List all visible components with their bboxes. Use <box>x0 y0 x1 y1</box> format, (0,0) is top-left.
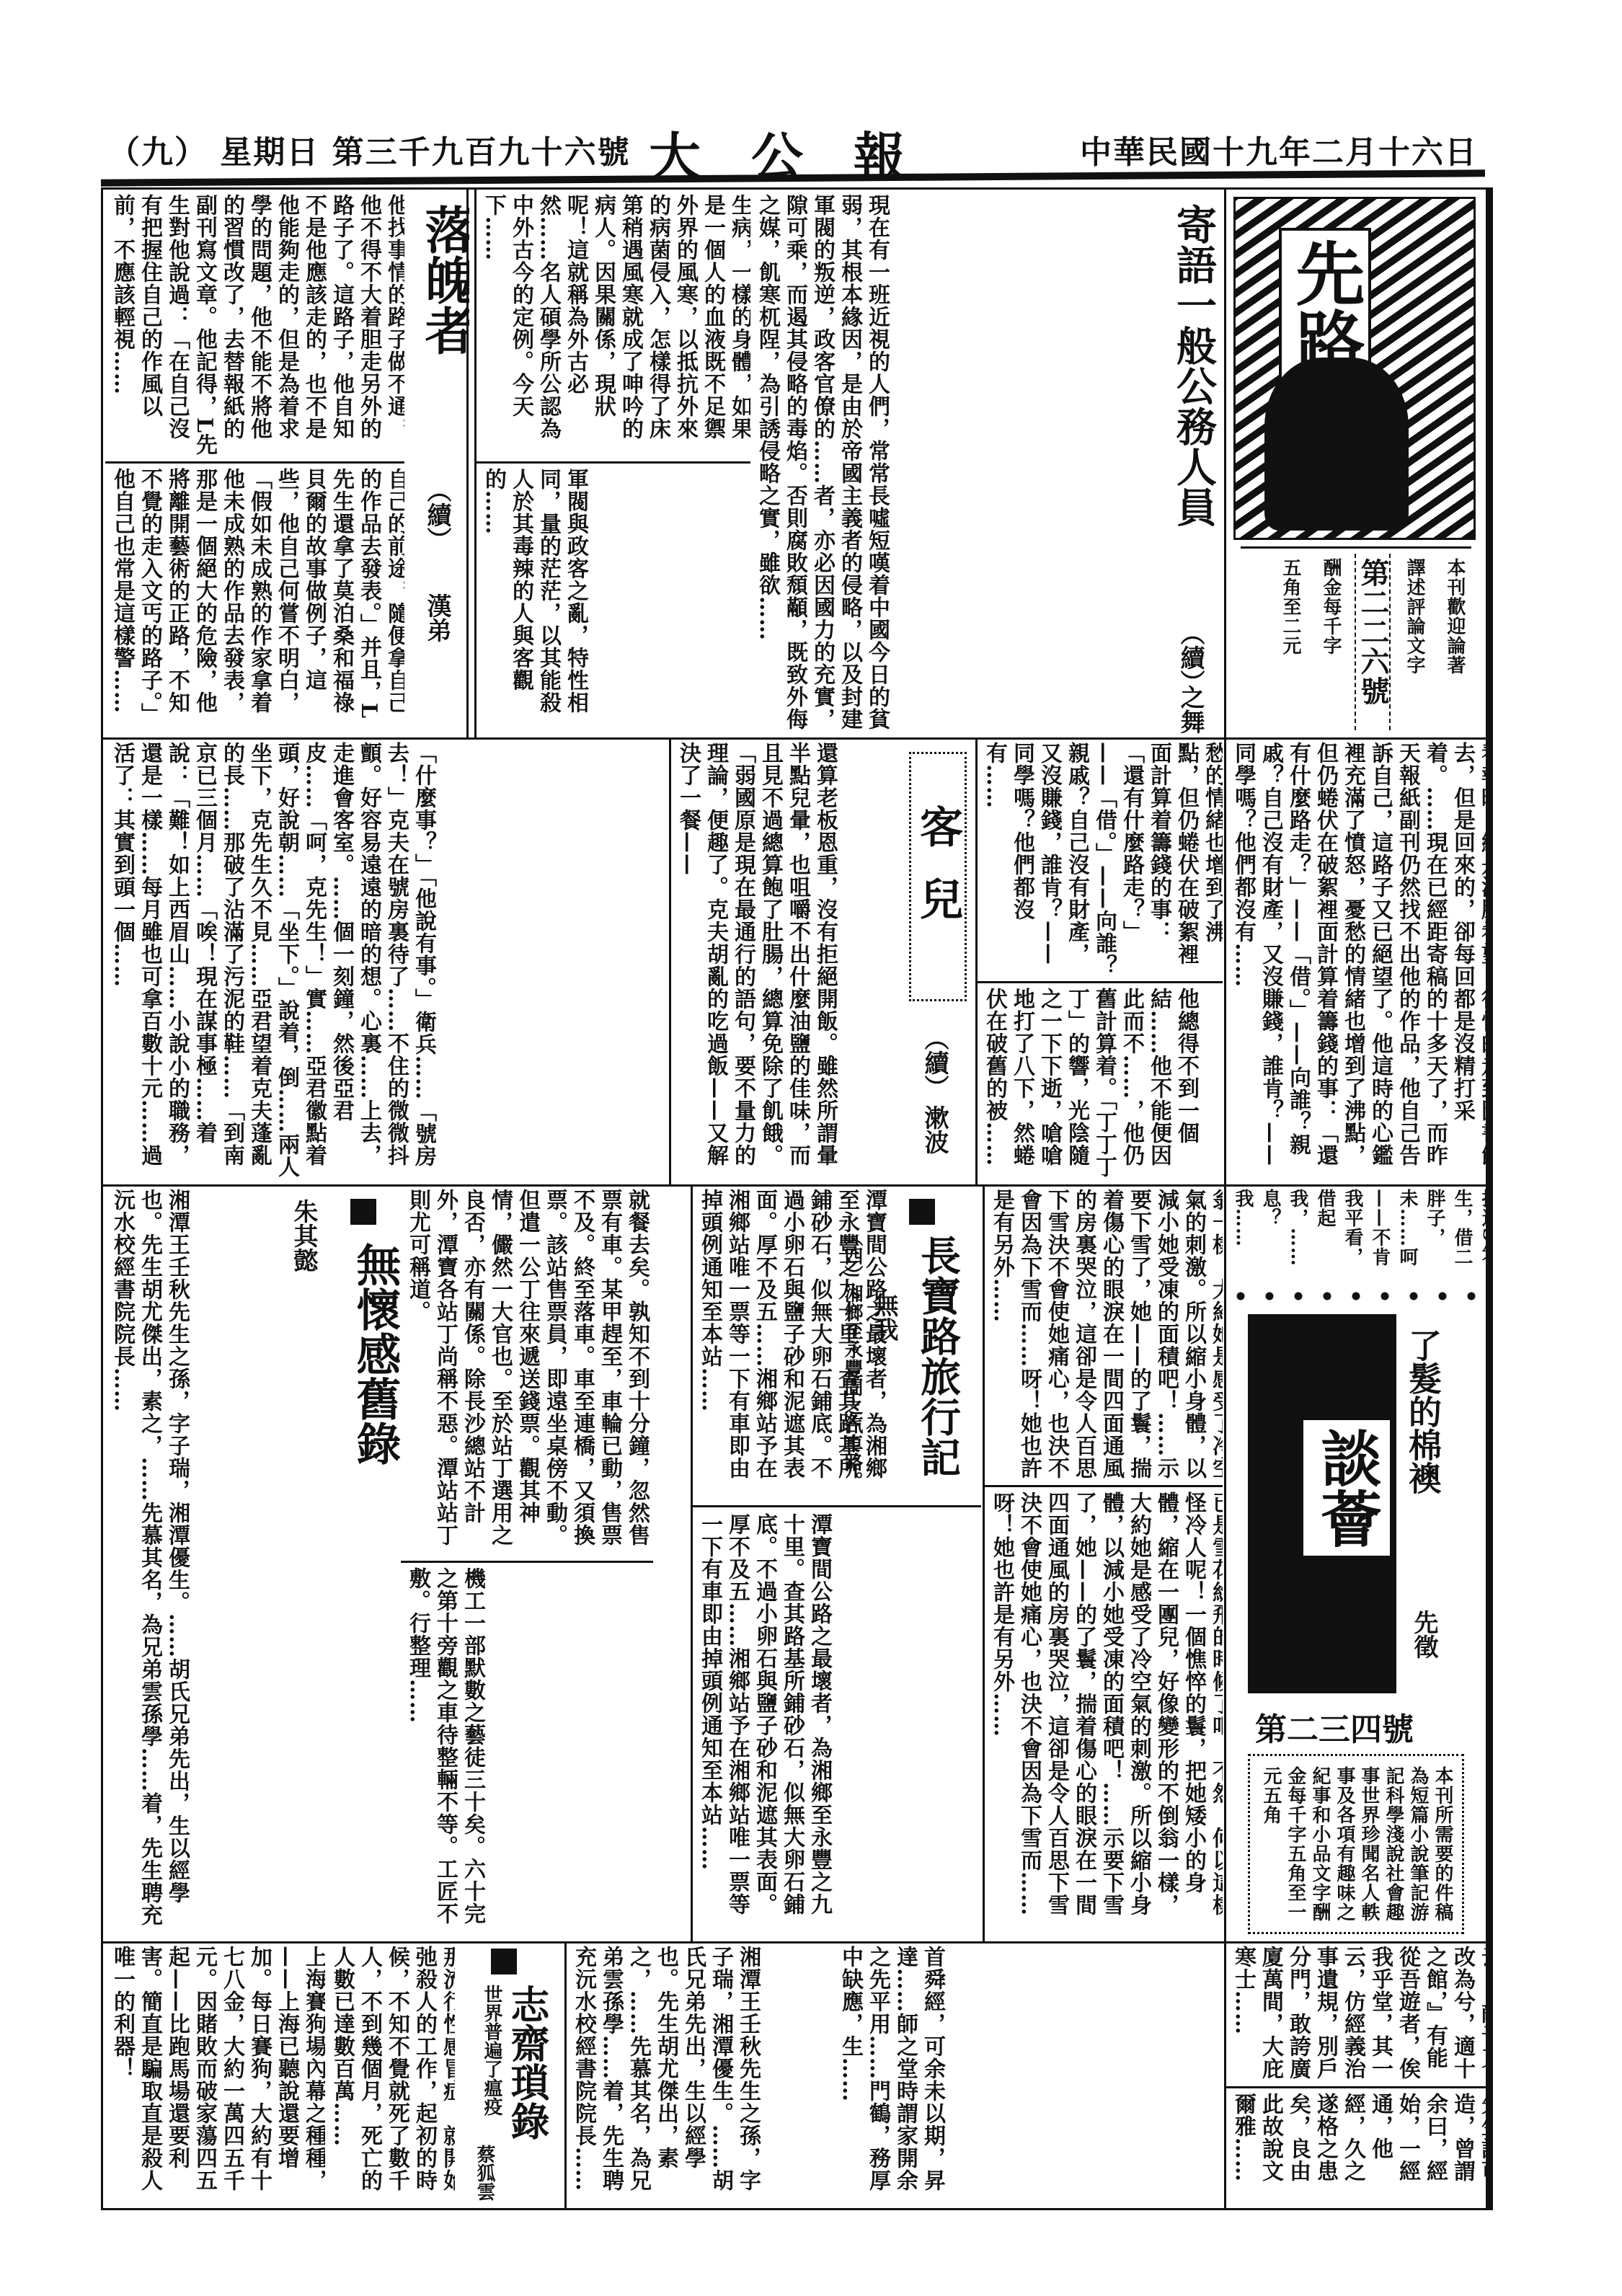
article-body-text: 生病，一樣的身體，如果是一個人的血液既不足禦外界的風寒，以抵抗外來的病菌侵入，怎… <box>477 190 750 464</box>
keer-start: 自從寄出了幾篇文章後，天天跑到圖書館的閱報室，看他不喜歡看的報紙；每天出門去看報… <box>1224 737 1486 1184</box>
divider <box>1224 1941 1226 2208</box>
luopozhe-title: 落魄者 <box>404 190 469 370</box>
tanhui-banner: 談薈 <box>1300 1417 1393 1559</box>
changbao-text: 潭寶間公路之最壞者，為湘鄉至永豐之九十里。查其路基所鋪砂石，似無大卵石鋪底。不過… <box>693 1184 890 1502</box>
wuhuai-body: 就餐去矣。孰知不到十分鐘，忽然售票有車。某甲趕至，車輪已動，售票不及。終至落車。… <box>401 1184 689 1941</box>
article-title: 寄語一般公務人員 <box>1158 190 1223 541</box>
zhizhai-headline: 志齋瑣錄 世界普遍了瘟疫 蔡狐雲 <box>455 1941 563 2208</box>
hu-text: 湘潭王壬秋先生之孫，字子瑞，湘潭優生。……胡氏兄弟先出，生以經學也。先生胡尤傑出… <box>567 1941 764 2208</box>
luopozhe-headline: 落魄者 （續） 漢弟 <box>404 190 469 737</box>
notice-text: 本刊所需要的件稿為短篇小說筆記游記科學淺說社會趣事世界珍聞名人軼事及各項有趣味之… <box>1256 1762 1458 1926</box>
story-text: 「什麼事？」「他說有事。」衛兵……「號房去！」克夫在號房裏待了……不住的微微抖顫… <box>105 737 440 1184</box>
notice-line: 酬金每千字 <box>1314 554 1347 730</box>
story-text: 已是雪花紛飛的時候了吧！不然，何以這樣怪冷人呢！一個憔悴的鬟，把她矮小的身體，縮… <box>985 1487 1223 1941</box>
hu-yuanyu-article: 朱其懿 湘潭王壬秋先生之孫，字子瑞，湘潭優生。……胡氏兄弟先出，生以經學也。先生… <box>105 1184 329 1941</box>
keer-text: 自從寄出了幾篇文章後，天天跑到圖書館的閱報室，看他不喜歡看的報紙；每天出門去看報… <box>1226 737 1486 1184</box>
notice-line: 本刊歡迎論著 <box>1438 554 1471 730</box>
page-frame: 先路 本刊歡迎論著 譯述評論文字 第二二六號 酬金每千字 五角至二元 寄語一般公… <box>101 187 1493 2210</box>
band-top: 先路 本刊歡迎論著 譯述評論文字 第二二六號 酬金每千字 五角至二元 寄語一般公… <box>103 190 1486 740</box>
issue-number: 第三千九百九十六號 <box>332 134 631 171</box>
horse-rider-figure <box>1264 358 1409 531</box>
wuhuai-text: 機工一部默數之藝徒三十矣。六十完之第十旁觀之車待整輛不等。工匠不敷。行整理…… <box>401 1563 489 1941</box>
zhizhai-body: 因為醫學對於人類之衛生，稍為有了一點貢獻，有些人竟說以後瘟疫，就不會再在世界各處… <box>325 1941 455 2208</box>
wuhuai-text: 就餐去矣。孰知不到十分鐘，忽然售票有車。某甲趕至，車輪已動，售票不及。終至落車。… <box>401 1184 653 1563</box>
square-marker-icon <box>909 1199 935 1225</box>
weekday: 星期日 <box>220 134 319 171</box>
story-text: 已是雪花紛飛的時候了吧！不然，何以這樣怪冷人呢！一個憔悴的鬟，把她矮小的身體，縮… <box>985 1184 1223 1487</box>
tanhui-masthead: 先生？Y先生？S先生！忽然接近S先生，借二胖子，未……呵——不肯我平看，借起我，… <box>1224 1184 1486 1941</box>
keer-body-left: 還算老板恩重，沒有拒絕開飯。雖然所謂暈半點兒暈，也咀嚼不出什麼油鹽的佳味，而且見… <box>671 737 902 1184</box>
xianlu-illustration: 先路 <box>1233 197 1476 540</box>
luopozhe-author: 漢弟 <box>420 593 455 642</box>
wuhuai-title: 無懷感舊錄 <box>329 1242 401 1466</box>
article-body-text: 現在有一班近視的人們，常常長噓短嘆着中國今日的貧弱，其根本緣因，是由於帝國主義者… <box>750 190 893 737</box>
hu-yuanyu-bottom: 首舜經，可余未以期，昇達……師之堂時謂家開余之先平用……門鶴，務厚中缺應，生…… <box>833 1941 1223 2208</box>
keer-cont: （續） <box>917 1026 952 1099</box>
luopozhe-body: 他找事情的路子做不通，他不得不大着胆走另外的路子了。這路子，他自知不是他應該走的… <box>105 190 404 737</box>
square-marker-icon <box>491 1949 517 1974</box>
divider <box>975 737 978 1184</box>
keer-headline: 客兒 （續） 漱波 <box>902 737 974 1184</box>
notice-line: 譯述評論文字 <box>1398 554 1431 730</box>
xianlu-masthead: 先路 本刊歡迎論著 譯述評論文字 第二二六號 酬金每千字 五角至二元 <box>1226 190 1486 737</box>
article-headline: 寄語一般公務人員 （續） 之舞 <box>1158 190 1223 737</box>
luopozhe-cont: （續） <box>420 478 455 551</box>
notice-line: 五角至二元 <box>1274 554 1307 730</box>
story-author: 先徵 <box>1406 1610 1442 1659</box>
page-header: （九） 星期日 第三千九百九十六號 大公報 中華民國十九年二月十六日 <box>101 108 1485 173</box>
divider <box>693 1505 981 1507</box>
keer-title-box: 客兒 <box>909 752 967 1001</box>
zhizhai-subtitle: 世界普遍了瘟疫 <box>479 1985 505 2116</box>
story-body: 已是雪花紛飛的時候了吧！不然，何以這樣怪冷人呢！一個憔悴的鬟，把她矮小的身體，縮… <box>985 1184 1223 1941</box>
issue-info: （九） 星期日 第三千九百九十六號 <box>108 126 631 172</box>
shanghai-text: 上海賽狗場內幕之種種，——上海已聽說還要增加。每日賽狗，大約有十七八金，大約一萬… <box>105 1941 325 2208</box>
bottom-right-text: 東西齋舍，隨亦修築告竣，渠渠夏屋，巍然大觀，先生少年科第，學問雖未深醇，叶囑亦頗… <box>1226 1941 1486 2088</box>
article-cont: （續） <box>1173 621 1208 694</box>
square-marker-icon <box>350 1199 376 1225</box>
article-author: 之舞 <box>1173 685 1208 734</box>
wuhuai-headline: 無懷感舊錄 <box>329 1184 401 1941</box>
divider <box>983 1184 985 1941</box>
changbao-article: 長寶路旅行記 無我 （四）湘鄉至永豐間之汽車路。 潭寶間公路之最壞者，為湘鄉至永… <box>693 1184 981 1941</box>
changbao-body-bottom: 潭寶間公路之最壞者，為湘鄉至永豐之九十里。查其路基所鋪砂石，似無大卵石鋪底。不過… <box>693 1509 981 1941</box>
article-body: 現在有一班近視的人們，常常長噓短嘆着中國今日的貧弱，其根本緣因，是由於帝國主義者… <box>750 190 1154 737</box>
divider <box>691 1184 693 1941</box>
tanhui-top-text: 先生？Y先生？S先生！忽然接近S先生，借二胖子，未……呵——不肯我平看，借起我，… <box>1226 1184 1486 1285</box>
zhizhai-title: 志齋瑣錄 <box>500 1985 556 2140</box>
keer-text: 自從寄出了幾篇文章後，天天跑到圖書館的閱報室，看他不喜歡看的報紙；每天出門去看報… <box>978 737 1223 983</box>
bottom-right-text: 先生博覽群，時余執贄門，先生謂可造，曾謂余曰，經始，一經通，他經，久之遂格之患矣… <box>1226 2088 1486 2209</box>
hu-yuanyu-bio: 湘潭王壬秋先生之孫，字子瑞，湘潭優生。……胡氏兄弟先出，生以經學也。先生胡尤傑出… <box>567 1941 833 2208</box>
zhizhai-text: 因為醫學對於人類之衛生，稍為有了一點貢獻，有些人竟說以後瘟疫，就不會再在世界各處… <box>325 1941 455 2208</box>
luopozhe-text: 自己的前途，隨便拿自己的作品去發表。」并且，L先生還拿了莫泊桑和福祿貝爾的故事做… <box>105 464 404 737</box>
tanhui-notice: 本刊所需要的件稿為短篇小說筆記游記科學淺說社會趣事世界珍聞名人軼事及各項有趣味之… <box>1248 1754 1464 1934</box>
luopozhe-text: 他找事情的路子做不通，他不得不大着胆走另外的路子了。這路子，他自知不是他應該走的… <box>105 190 404 464</box>
tanhui-illustration: 談薈 <box>1248 1314 1396 1693</box>
article-body-text: 軍閥與政客之亂，特性相同，量的茫茫，以其能殺人於其毒辣的人與客觀的…… <box>477 464 592 737</box>
shanghai-article: 上海賽狗場內幕之種種，——上海已聽說還要增加。每日賽狗，大約有十七八金，大約一萬… <box>105 1941 325 2208</box>
divider <box>669 737 671 1184</box>
keer-author: 漱波 <box>917 1105 952 1154</box>
wuhuai-author: 朱其懿 <box>286 1199 322 1272</box>
page-number: （九） <box>108 134 208 171</box>
band-middle-1: 自從寄出了幾篇文章後，天天跑到圖書館的閱報室，看他不喜歡看的報紙；每天出門去看報… <box>103 737 1486 1187</box>
divider <box>564 1941 567 2208</box>
tanhui-issue-number: 第二三四號 <box>1255 1703 1414 1750</box>
xianlu-notice: 本刊歡迎論著 譯述評論文字 第二二六號 酬金每千字 五角至二元 <box>1241 554 1471 730</box>
keer-continued: 自從寄出了幾篇文章後，天天跑到圖書館的閱報室，看他不喜歡看的報紙；每天出門去看報… <box>978 737 1223 1184</box>
newspaper-page: （九） 星期日 第三千九百九十六號 大公報 中華民國十九年二月十六日 先路 本刊… <box>101 108 1485 2220</box>
publication-date: 中華民國十九年二月十六日 <box>1080 126 1478 172</box>
hu-text: 湘潭王壬秋先生之孫，字子瑞，湘潭優生。……胡氏兄弟先出，生以經學也。先生胡尤傑出… <box>105 1184 193 1941</box>
divider <box>1224 190 1226 737</box>
keer-title: 客兒 <box>907 805 969 949</box>
band-middle-2: 先生？Y先生？S先生！忽然接近S先生，借二胖子，未……呵——不肯我平看，借起我，… <box>103 1184 1486 1943</box>
changbao-headline: 長寶路旅行記 <box>909 1199 967 1477</box>
keer-text: 他總得不到一個結……他不能便因此而不……，他仍舊計算着。「丁丁丁丁」的響，光陰隨… <box>978 983 1202 1184</box>
changbao-body-top: 潭寶間公路之最壞者，為湘鄉至永豐之九十里。查其路基所鋪砂石，似無大卵石鋪底。不過… <box>693 1184 837 1502</box>
keer-text: 還算老板恩重，沒有拒絕開飯。雖然所謂暈半點兒暈，也咀嚼不出什麼油鹽的佳味，而且見… <box>671 737 841 1184</box>
ornament-rule <box>1226 1289 1486 1303</box>
article-body-continued: 生病，一樣的身體，如果是一個人的血液既不足禦外界的風寒，以抵抗外來的病菌侵入，怎… <box>477 190 750 737</box>
divider <box>1241 546 1471 549</box>
hu-text: 首舜經，可余未以期，昇達……師之堂時謂家開余之先平用……門鶴，務厚中缺應，生…… <box>833 1941 949 2208</box>
changbao-text: 潭寶間公路之最壞者，為湘鄉至永豐之九十里。查其路基所鋪砂石，似無大卵石鋪底。不過… <box>693 1509 836 1941</box>
band-bottom: 東西齋舍，隨亦修築告竣，渠渠夏屋，巍然大觀，先生少年科第，學問雖未深醇，叶囑亦頗… <box>103 1941 1486 2208</box>
bottom-right-article: 東西齋舍，隨亦修築告竣，渠渠夏屋，巍然大觀，先生少年科第，學問雖未深醇，叶囑亦頗… <box>1226 1941 1486 2208</box>
xianlu-issue-number: 第二二六號 <box>1355 554 1391 730</box>
story-left: 「什麼事？」「他說有事。」衛兵……「號房去！」克夫在號房裏待了……不住的微微抖顫… <box>105 737 668 1184</box>
story-title: 了髮的棉襖 <box>1399 1329 1447 1494</box>
zhizhai-author: 蔡狐雲 <box>471 2145 498 2201</box>
hu-body: 湘潭王壬秋先生之孫，字子瑞，湘潭優生。……胡氏兄弟先出，生以經學也。先生胡尤傑出… <box>105 1184 285 1941</box>
changbao-title: 長寶路旅行記 <box>909 1235 967 1477</box>
